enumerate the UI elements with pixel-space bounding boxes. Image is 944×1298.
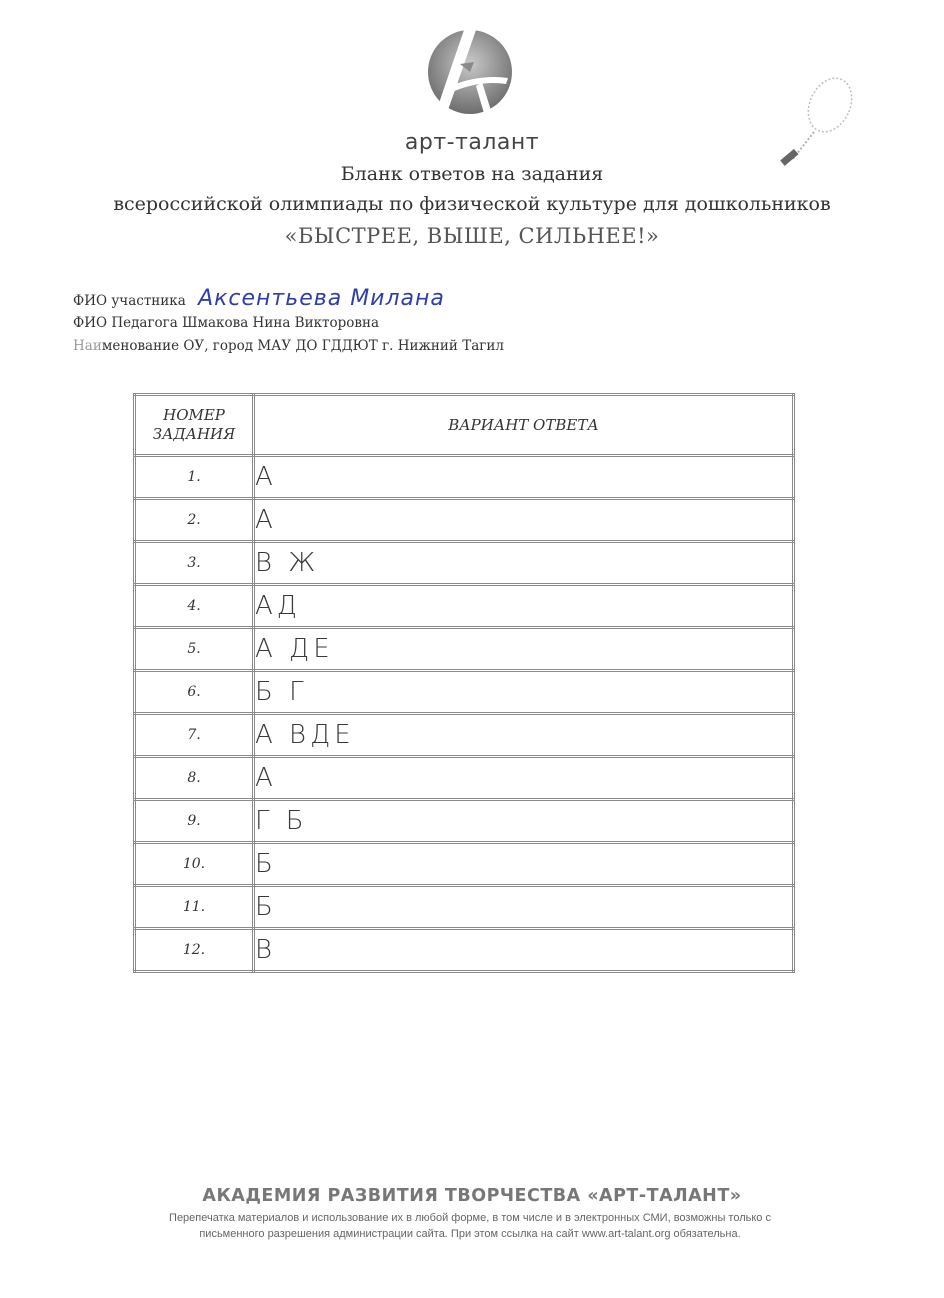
table-row: 5.А ДЕ	[135, 628, 794, 671]
table-row: 4.АД	[135, 585, 794, 628]
answer-cell[interactable]: В Ж	[254, 542, 794, 585]
table-row: 11.Б	[135, 886, 794, 929]
answer-cell[interactable]: Г Б	[254, 800, 794, 843]
form-title: Бланк ответов на задания	[0, 163, 944, 185]
footer-title: АКАДЕМИЯ РАЗВИТИЯ ТВОРЧЕСТВА «АРТ-ТАЛАНТ…	[0, 1186, 944, 1206]
table-row: 1.А	[135, 456, 794, 499]
table-row: 2.А	[135, 499, 794, 542]
answer-cell[interactable]: А	[254, 456, 794, 499]
task-number: 9.	[135, 800, 254, 843]
footer-copyright-note: Перепечатка материалов и использование и…	[90, 1210, 850, 1242]
answer-cell[interactable]: Б	[254, 843, 794, 886]
form-subtitle: всероссийской олимпиады по физической ку…	[0, 193, 944, 215]
institution-line: Наименование ОУ, город МАУ ДО ГДДЮТ г. Н…	[73, 338, 504, 354]
task-number: 2.	[135, 499, 254, 542]
task-number: 11.	[135, 886, 254, 929]
table-row: 8.А	[135, 757, 794, 800]
institution-label: менование ОУ, город	[102, 338, 253, 354]
task-number: 3.	[135, 542, 254, 585]
task-number: 5.	[135, 628, 254, 671]
task-number: 12.	[135, 929, 254, 972]
teacher-name: Шмакова Нина Викторовна	[182, 315, 379, 331]
tennis-racket-icon	[770, 70, 870, 170]
table-row: 6.Б Г	[135, 671, 794, 714]
answer-cell[interactable]: А	[254, 499, 794, 542]
art-talant-logo-icon	[420, 22, 520, 122]
answer-cell[interactable]: Б Г	[254, 671, 794, 714]
task-number: 7.	[135, 714, 254, 757]
answers-table: НОМЕР ЗАДАНИЯ ВАРИАНТ ОТВЕТА 1.А2.А3.В Ж…	[133, 393, 795, 973]
answer-cell[interactable]: АД	[254, 585, 794, 628]
table-row: 9.Г Б	[135, 800, 794, 843]
task-number: 6.	[135, 671, 254, 714]
institution-label-faded: Наи	[73, 338, 102, 354]
answer-cell[interactable]: А	[254, 757, 794, 800]
table-row: 12.В	[135, 929, 794, 972]
participant-label: ФИО участника	[73, 293, 186, 309]
task-number: 10.	[135, 843, 254, 886]
task-number: 4.	[135, 585, 254, 628]
answer-cell[interactable]: Б	[254, 886, 794, 929]
teacher-line: ФИО Педагога Шмакова Нина Викторовна	[73, 315, 379, 331]
task-number: 1.	[135, 456, 254, 499]
olympiad-name: «БЫСТРЕЕ, ВЫШЕ, СИЛЬНЕЕ!»	[0, 224, 944, 248]
institution-name: МАУ ДО ГДДЮТ г. Нижний Тагил	[257, 338, 504, 354]
table-row: 3.В Ж	[135, 542, 794, 585]
participant-name[interactable]: Аксентьева Милана	[198, 286, 445, 311]
answer-cell[interactable]: А ВДЕ	[254, 714, 794, 757]
table-row: 7.А ВДЕ	[135, 714, 794, 757]
table-row: 10.Б	[135, 843, 794, 886]
column-header-number: НОМЕР ЗАДАНИЯ	[135, 395, 254, 456]
participant-line: ФИО участника Аксентьева Милана	[73, 286, 445, 311]
column-header-answer: ВАРИАНТ ОТВЕТА	[254, 395, 794, 456]
answer-cell[interactable]: В	[254, 929, 794, 972]
teacher-label: ФИО Педагога	[73, 315, 178, 331]
answer-cell[interactable]: А ДЕ	[254, 628, 794, 671]
task-number: 8.	[135, 757, 254, 800]
